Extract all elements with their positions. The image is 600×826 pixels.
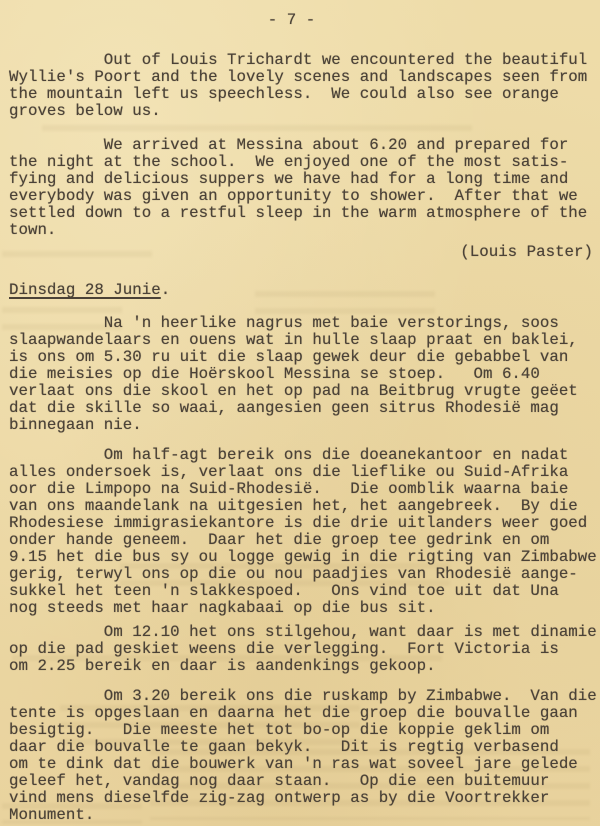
paragraph-afrikaans-border-crossing: Om half-agt bereik ons die doeanekantoor…: [9, 447, 600, 617]
paragraph-afrikaans-zimbabwe-ruins: Om 3.20 bereik ons die ruskamp by Zimbab…: [9, 688, 600, 824]
paragraph-afrikaans-wakeup: Na 'n heerlike nagrus met baie verstorin…: [9, 315, 600, 434]
date-heading-period: .: [161, 281, 170, 299]
date-heading: Dinsdag 28 Junie.: [9, 282, 600, 299]
document-page: - 7 - Out of Louis Trichardt we encounte…: [0, 0, 600, 826]
paragraph-english-messina: We arrived at Messina about 6.20 and pre…: [9, 137, 600, 239]
date-heading-text: Dinsdag 28 Junie: [9, 281, 161, 299]
paragraph-afrikaans-fort-victoria: Om 12.10 het ons stilgehou, want daar is…: [9, 624, 600, 675]
paragraph-english-trichardt: Out of Louis Trichardt we encountered th…: [9, 52, 600, 120]
page-number: - 7 -: [0, 12, 587, 29]
author-attribution: (Louis Paster): [9, 244, 600, 261]
